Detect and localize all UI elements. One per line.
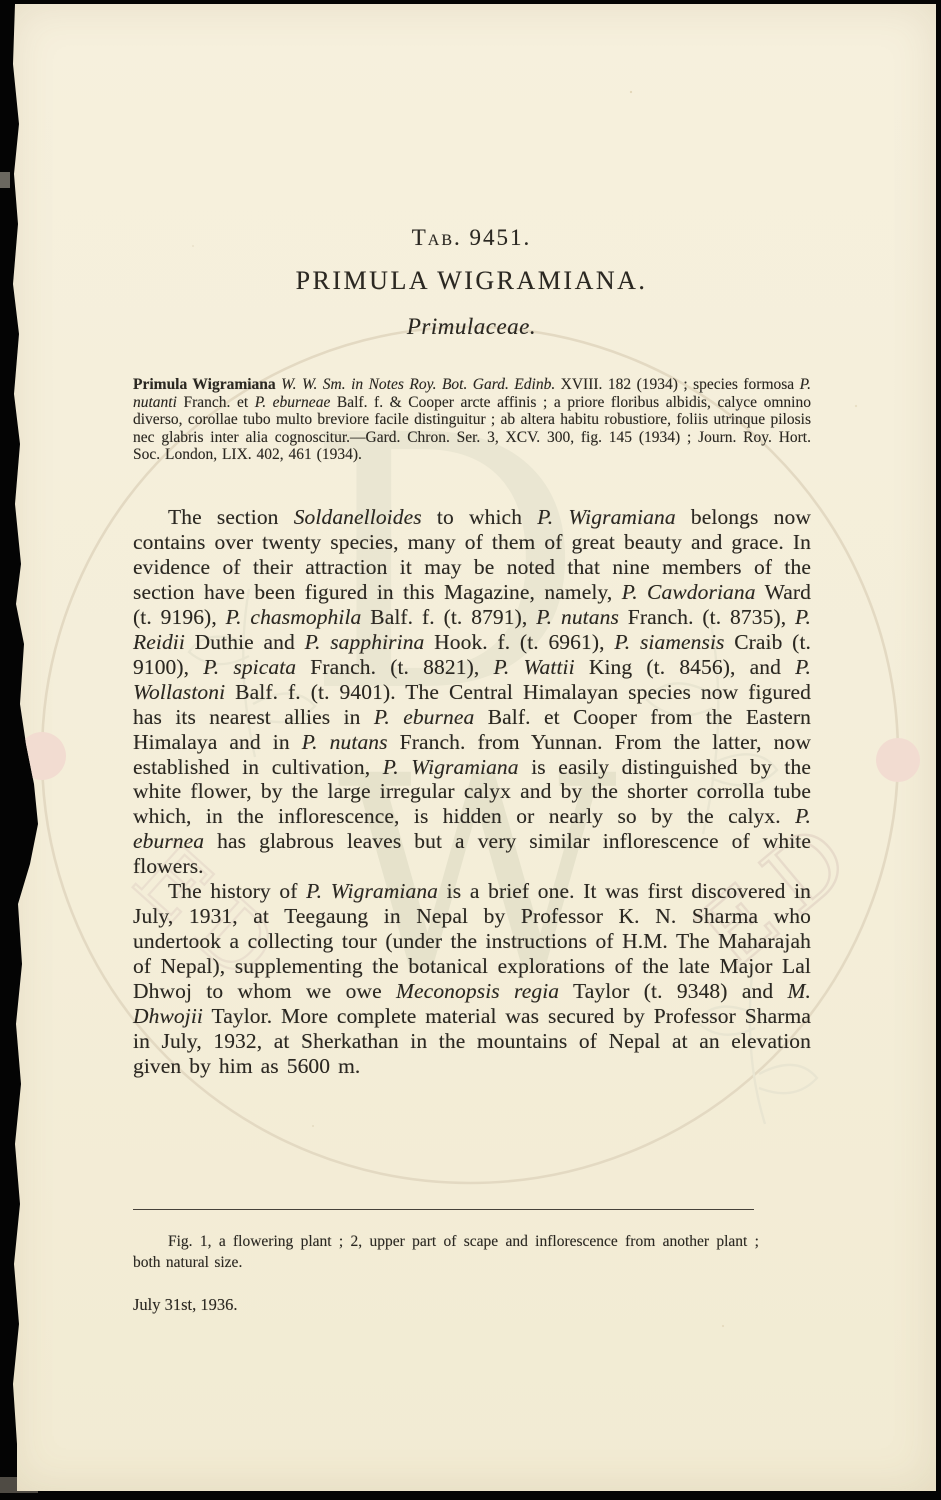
page-title: PRIMULA WIGRAMIANA.: [133, 266, 810, 296]
family-name: Primulaceae.: [133, 314, 810, 340]
scan-edge-artifact: [0, 172, 10, 188]
body-paragraph-2: The history of P. Wigramiana is a brief …: [133, 879, 811, 1079]
body-paragraph-1: The section Soldanelloides to which P. W…: [133, 505, 811, 879]
publication-date: July 31st, 1936.: [133, 1295, 238, 1315]
body-text: The section Soldanelloides to which P. W…: [133, 505, 811, 1079]
page-content: Tab. 9451. PRIMULA WIGRAMIANA. Primulace…: [11, 4, 936, 1491]
scanned-page: { "page": { "tab_line": "Tab. 9451.", "t…: [0, 0, 941, 1500]
paper-page: D W ED ED Tab. 9451. PRIMULA WIGRAMIANA.…: [11, 4, 936, 1491]
nomenclature-paragraph: Primula Wigramiana W. W. Sm. in Notes Ro…: [133, 376, 811, 464]
footnote-rule: [133, 1209, 754, 1210]
tab-number: Tab. 9451.: [133, 225, 810, 251]
figure-caption: Fig. 1, a flowering plant ; 2, upper par…: [133, 1232, 759, 1273]
